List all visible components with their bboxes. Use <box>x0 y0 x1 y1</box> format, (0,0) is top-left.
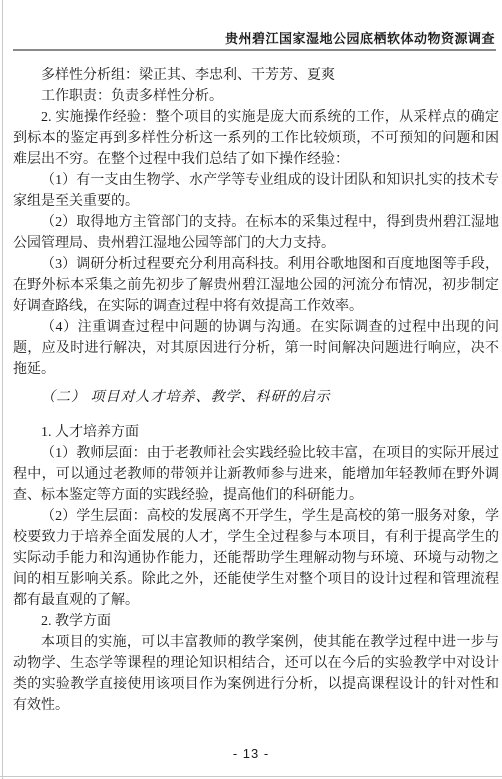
paragraph-diversity-group: 多样性分析组：梁正其、李忠利、干芳芳、夏爽 <box>13 65 499 86</box>
paragraph-experience-item-2: （2）取得地方主管部门的支持。在标本的采集过程中，得到贵州碧江湿地公园管理局、贵… <box>13 212 499 254</box>
document-page: 贵州碧江国家湿地公园底栖软体动物资源调查 多样性分析组：梁正其、李忠利、干芳芳、… <box>0 0 502 779</box>
paragraph-experience-item-1: （1）有一支由生物学、水产学等专业组成的设计团队和知识扎实的技术专家组是至关重要… <box>13 170 499 212</box>
scan-edge-bottom <box>0 776 502 777</box>
document-body: 多样性分析组：梁正其、李忠利、干芳芳、夏爽 工作职责：负责多样性分析。 2. 实… <box>13 65 499 716</box>
scan-edge-left <box>2 0 3 779</box>
paragraph-job-duty: 工作职责：负责多样性分析。 <box>13 86 499 107</box>
paragraph-talent-subhead: 1. 人才培养方面 <box>13 422 499 443</box>
paragraph-experience-item-3: （3）调研分析过程要充分利用高科技。利用谷歌地图和百度地图等手段，在野外标本采集… <box>13 254 499 317</box>
paragraph-experience-item-4: （4）注重调查过程中问题的协调与沟通。在实际调查的过程中出现的问题，应及时进行解… <box>13 317 499 380</box>
section-heading-enlightenment: （二） 项目对人才培养、教学、科研的启示 <box>13 387 499 408</box>
paragraph-teaching-subhead: 2. 教学方面 <box>13 611 499 632</box>
paragraph-teacher-level: （1）教师层面：由于老教师社会实践经验比较丰富，在项目的实际开展过程中，可以通过… <box>13 443 499 506</box>
paragraph-experience-intro: 2. 实施操作经验：整个项目的实施是庞大而系统的工作，从采样点的确定到标本的鉴定… <box>13 107 499 170</box>
header-rule <box>13 49 496 51</box>
running-header-title: 贵州碧江国家湿地公园底栖软体动物资源调查 <box>225 28 495 47</box>
paragraph-teaching-detail: 本项目的实施，可以丰富教师的教学案例，使其能在教学过程中进一步与动物学、生态学等… <box>13 632 499 716</box>
page-number: - 13 - <box>0 746 502 761</box>
paragraph-student-level: （2）学生层面：高校的发展离不开学生，学生是高校的第一服务对象，学校要致力于培养… <box>13 506 499 611</box>
